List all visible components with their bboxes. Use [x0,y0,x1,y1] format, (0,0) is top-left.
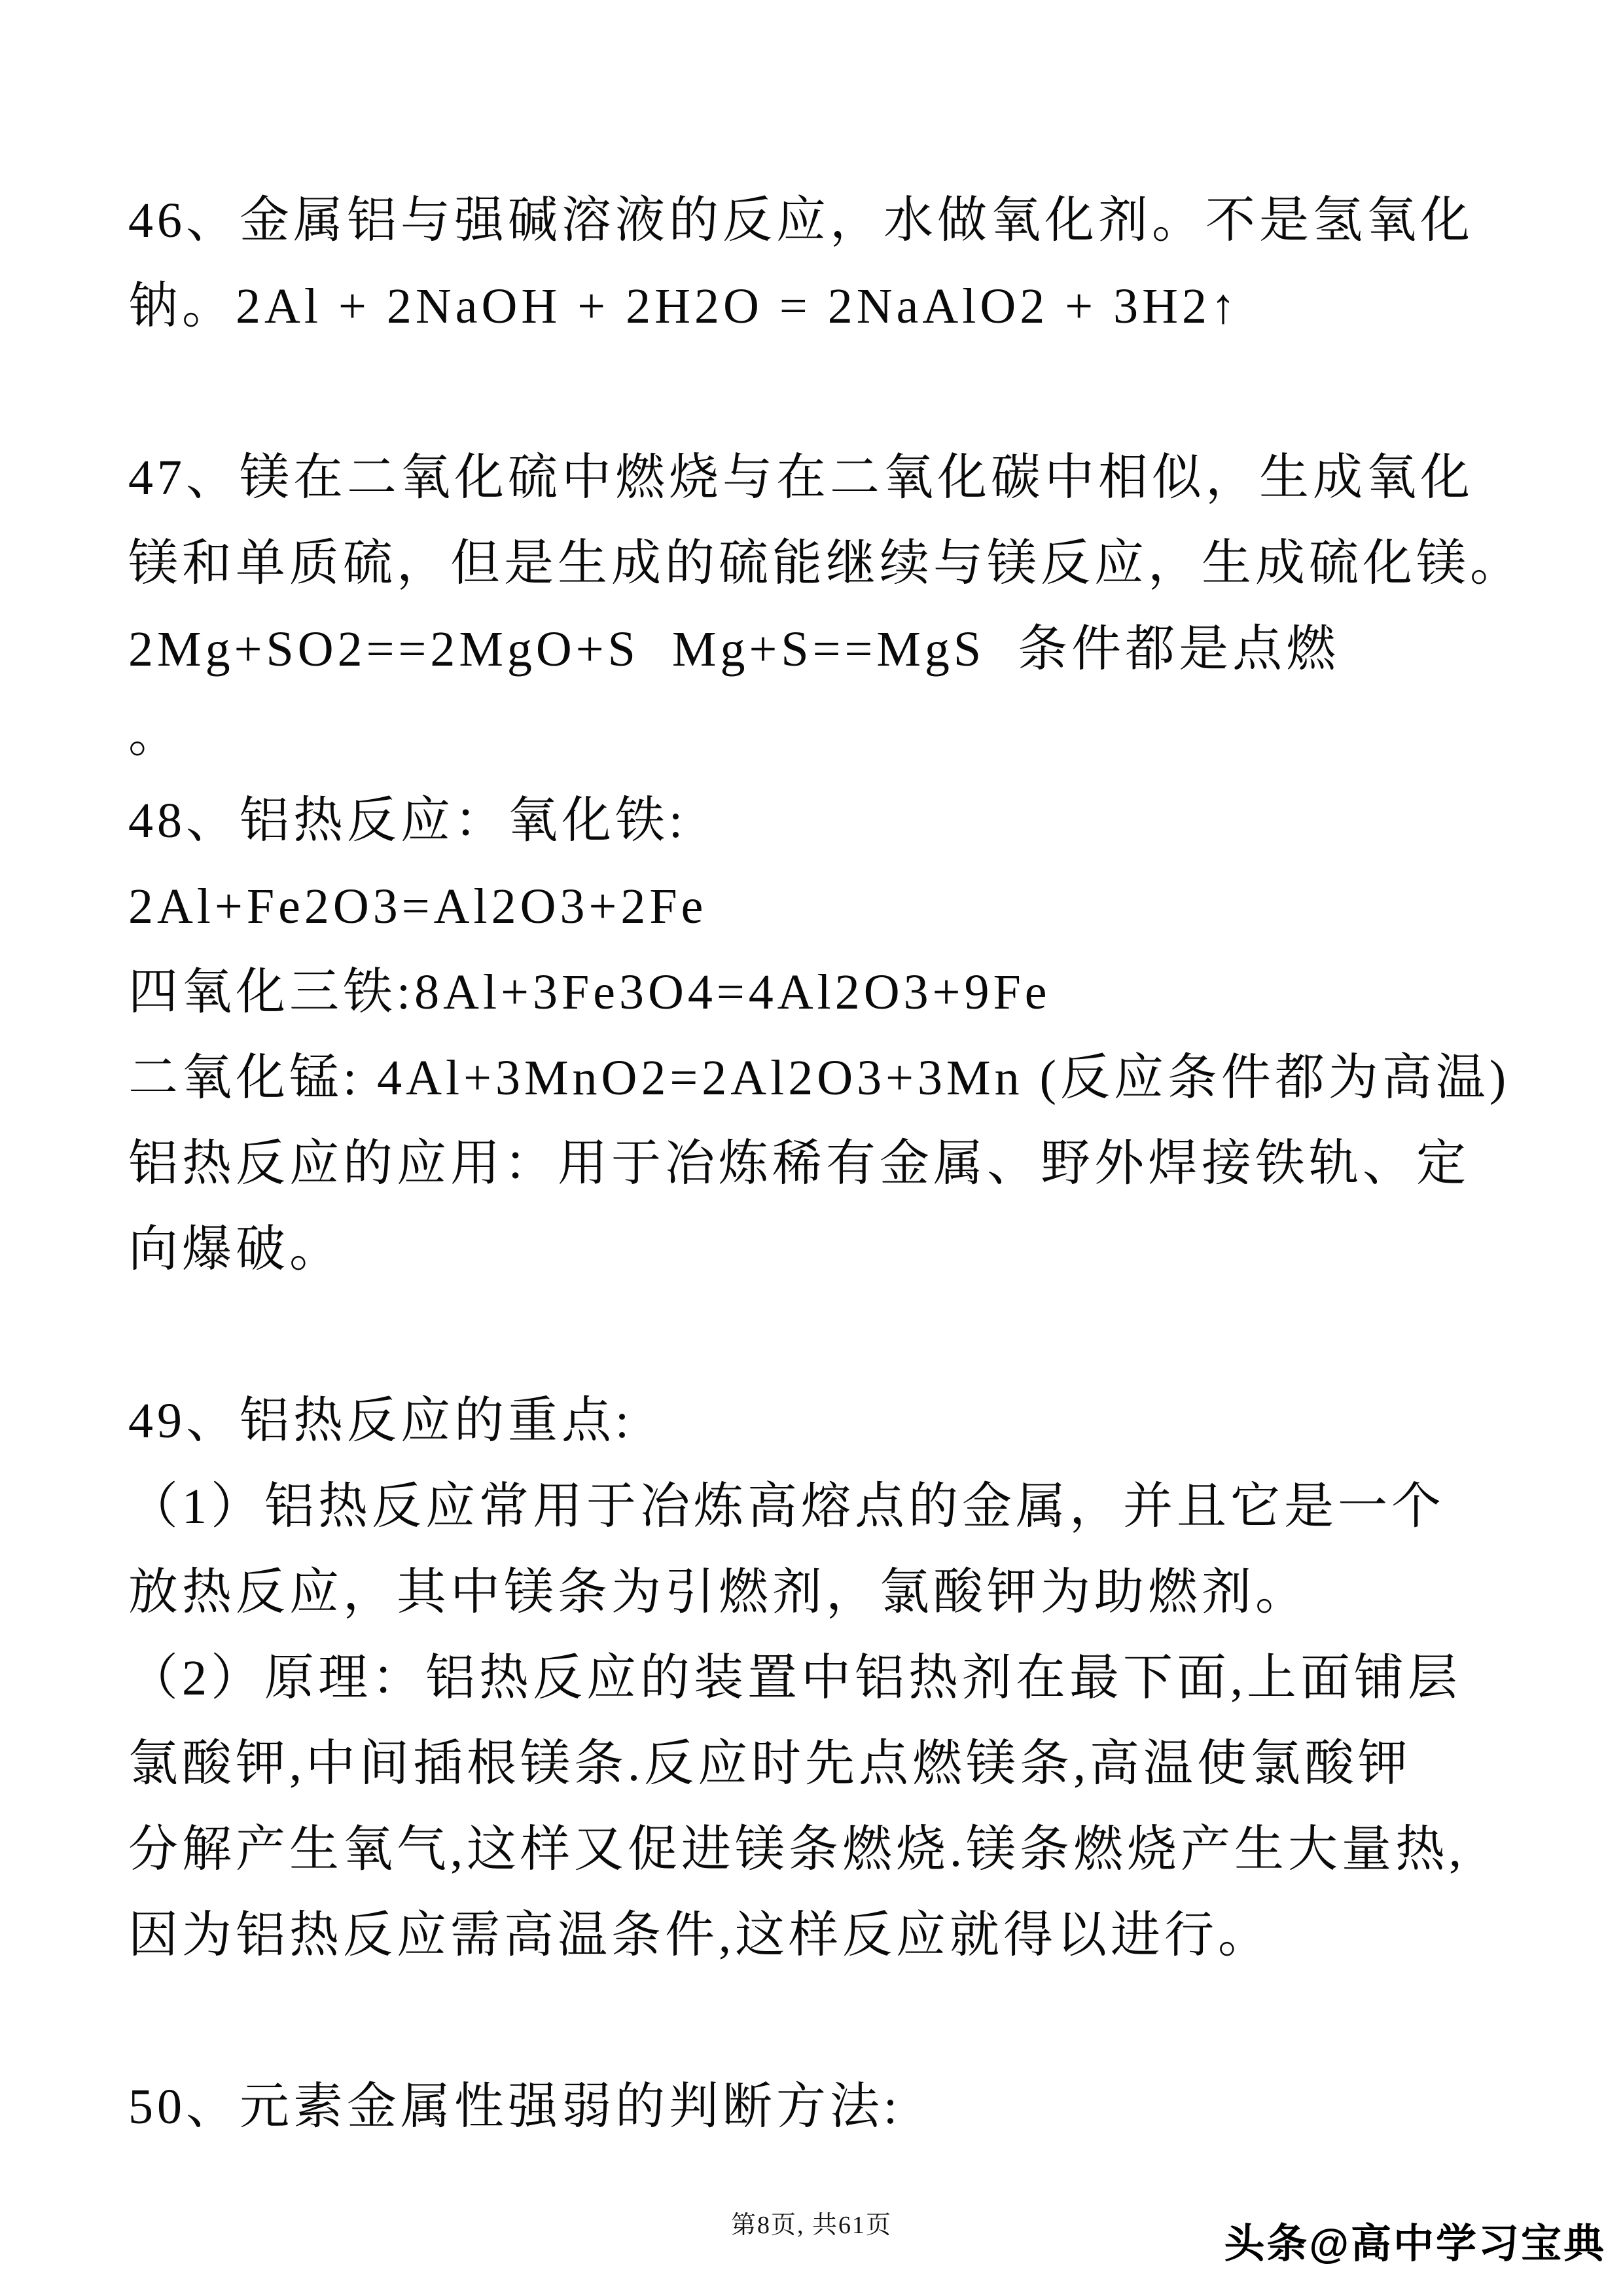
blank-line [128,1293,1525,1378]
document-line: 2Al+Fe2O3=Al2O3+2Fe [128,864,1525,950]
document-line: 钠。2Al + 2NaOH + 2H2O = 2NaAlO2 + 3H2↑ [128,264,1525,350]
document-line: 。 [128,692,1525,778]
watermark: 头条@高中学习宝典 [1224,2211,1606,2269]
document-line: 二氧化锰: 4Al+3MnO2=2Al2O3+3Mn (反应条件都为高温) [128,1035,1525,1121]
document-line: 48、铝热反应：氧化铁: [128,778,1525,864]
document-line: 46、金属铝与强碱溶液的反应，水做氧化剂。不是氢氧化 [128,178,1525,264]
blank-line [128,350,1525,435]
document-line: 50、元素金属性强弱的判断方法: [128,2064,1525,2150]
document-page: 46、金属铝与强碱溶液的反应，水做氧化剂。不是氢氧化 钠。2Al + 2NaOH… [0,0,1623,2296]
document-line: （1）铝热反应常用于冶炼高熔点的金属，并且它是一个 [128,1464,1525,1550]
document-line: 向爆破。 [128,1207,1525,1293]
document-line: 四氧化三铁:8Al+3Fe3O4=4Al2O3+9Fe [128,950,1525,1035]
blank-line [128,1979,1525,2064]
document-body: 46、金属铝与强碱溶液的反应，水做氧化剂。不是氢氧化 钠。2Al + 2NaOH… [128,178,1525,2150]
watermark-text: 头条@高中学习宝典 [1224,2221,1606,2267]
document-line: 放热反应，其中镁条为引燃剂，氯酸钾为助燃剂。 [128,1550,1525,1636]
document-line: 氯酸钾,中间插根镁条.反应时先点燃镁条,高温使氯酸钾 [128,1721,1525,1807]
document-line: 镁和单质硫，但是生成的硫能继续与镁反应，生成硫化镁。 [128,521,1525,607]
document-line: 因为铝热反应需高温条件,这样反应就得以进行。 [128,1893,1525,1979]
document-line: 49、铝热反应的重点: [128,1378,1525,1464]
document-line: 47、镁在二氧化硫中燃烧与在二氧化碳中相似，生成氧化 [128,435,1525,521]
document-line: 铝热反应的应用：用于冶炼稀有金属、野外焊接铁轨、定 [128,1121,1525,1207]
document-line: （2）原理：铝热反应的装置中铝热剂在最下面,上面铺层 [128,1636,1525,1721]
document-line: 2Mg+SO2==2MgO+S Mg+S==MgS 条件都是点燃 [128,607,1525,692]
page-number: 第8页, 共61页 [731,2212,892,2239]
document-line: 分解产生氧气,这样又促进镁条燃烧.镁条燃烧产生大量热, [128,1807,1525,1893]
